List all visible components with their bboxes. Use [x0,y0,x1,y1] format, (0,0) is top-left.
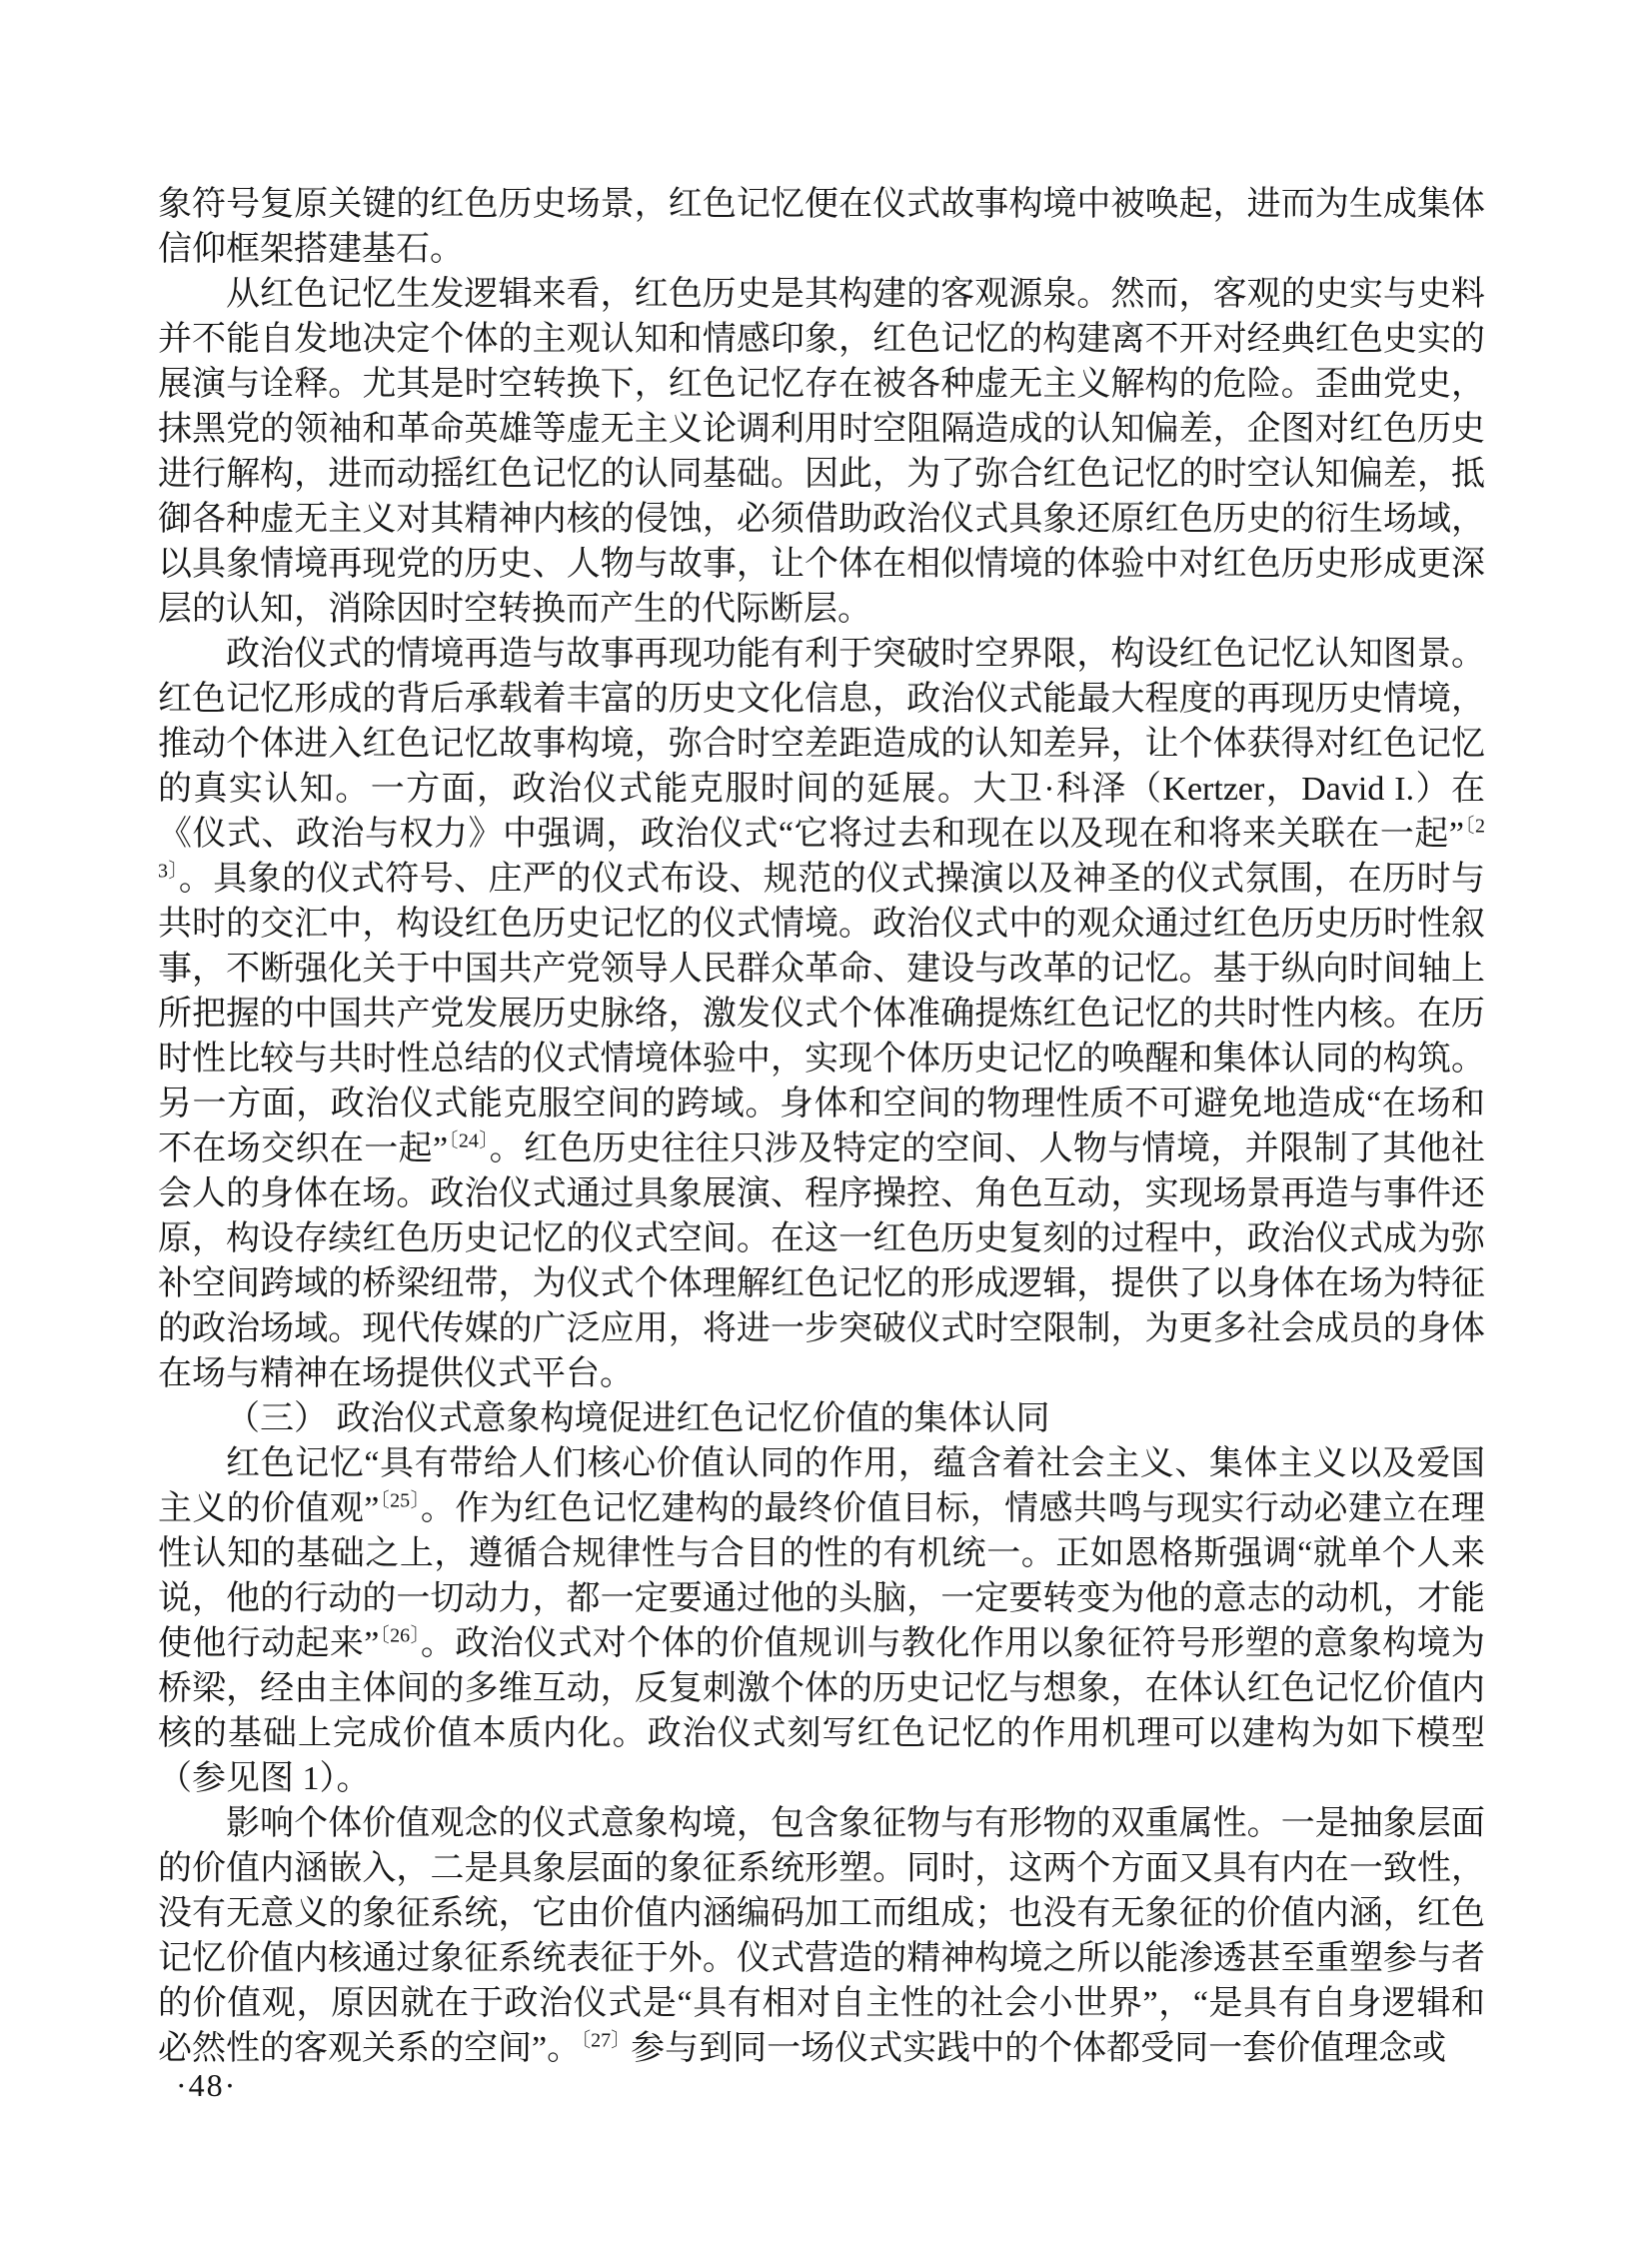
ref-marker: 〔25〕 [379,1490,421,1512]
article-body: 象符号复原关键的红色历史场景，红色记忆便在仪式故事构境中被唤起，进而为生成集体信… [158,182,1485,2071]
document-page: 象符号复原关键的红色历史场景，红色记忆便在仪式故事构境中被唤起，进而为生成集体信… [0,0,1652,2243]
page-number: ·48· [176,2065,237,2105]
paragraph: 象符号复原关键的红色历史场景，红色记忆便在仪式故事构境中被唤起，进而为生成集体信… [158,182,1485,272]
paragraph: 红色记忆“具有带给人们核心价值认同的作用，蕴含着社会主义、集体主义以及爱国主义的… [158,1441,1485,1801]
paragraph: 从红色记忆生发逻辑来看，红色历史是其构建的客观源泉。然而，客观的史实与史料并不能… [158,272,1485,632]
paragraph: 政治仪式的情境再造与故事再现功能有利于突破时空界限，构设红色记忆认知图景。红色记… [158,632,1485,1396]
ref-marker: 〔26〕 [379,1625,421,1647]
ref-marker: 〔24〕 [448,1130,490,1152]
section-heading: （三） 政治仪式意象构境促进红色记忆价值的集体认同 [158,1396,1485,1441]
ref-marker: 〔27〕 [581,2030,631,2052]
paragraph: 影响个体价值观念的仪式意象构境，包含象征物与有形物的双重属性。一是抽象层面的价值… [158,1801,1485,2071]
ref-marker: 〔23〕 [158,816,1485,883]
